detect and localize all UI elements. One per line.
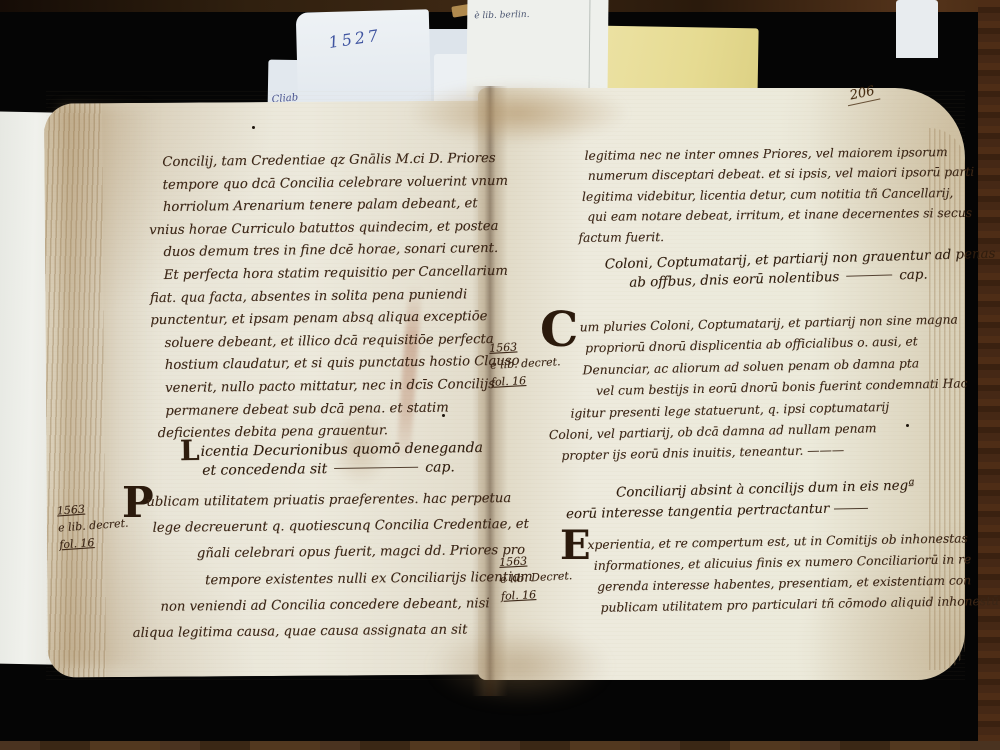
heading-rule [334, 467, 418, 469]
left-page-paragraph-2: ublicam utilitatem priuatis praeferentes… [129, 486, 511, 647]
heading-rule [846, 274, 892, 276]
note-card-line: au Hier. [474, 0, 510, 2]
manuscript-line: gñali celebrari opus fuerit, magci dd. P… [197, 538, 510, 567]
manuscript-line: lege decreuerunt q. quotiescunq Concilia… [152, 512, 509, 542]
right-page-paragraph-3: xperientia, et re compertum est, ut in C… [557, 529, 958, 620]
right-page-paragraph-2: um pluries Coloni, Coptumatarij, et part… [546, 310, 937, 468]
note-card: au Hier. è lib. berlin. [466, 0, 608, 99]
margin-citation: 1563 e lib. decret. fol. 16 [56, 498, 130, 554]
heading-text: et concedenda sit [202, 461, 327, 479]
chapter-heading-licentia: Licentia Decurionibus quomō deneganda et… [180, 440, 483, 479]
heading-initial: L [180, 434, 200, 467]
manuscript-line: qui eam notare debeat, irritum, et inane… [587, 203, 946, 227]
tab-year-label: 1527 [327, 25, 382, 52]
bookmark-tab-topright [896, 0, 938, 58]
manuscript-line: ublicam utilitatem priuatis praeferentes… [146, 486, 509, 516]
right-page-paragraph-1: legitima nec ne inter omnes Priores, vel… [577, 142, 946, 248]
ink-speck [252, 126, 255, 129]
manuscript-line: factum fuerit. [578, 224, 946, 248]
open-book: 206 Concilij, tam Credentiae qz Gnālis M… [30, 86, 965, 696]
heading-text: icentia Decurionibus quomō deneganda [200, 440, 483, 460]
manuscript-photograph: Cliabui 1527 au Hier. è lib. berlin. 206… [0, 0, 1000, 750]
manuscript-line: tempore existentes nulli ex Conciliarijs… [205, 565, 510, 594]
note-card-line: è lib. berlin. [474, 10, 529, 21]
table-edge-right [978, 0, 1000, 750]
manuscript-line: aliqua legitima causa, quae causa assign… [133, 617, 511, 647]
table-edge-bottom [0, 741, 1000, 750]
heading-line: Licentia Decurionibus quomō deneganda [180, 440, 483, 460]
left-page-paragraph-1: Concilij, tam Credentiae qz Gnālis M.ci … [148, 148, 504, 446]
manuscript-line: venerit, nullo pacto mittatur, nec in dc… [165, 374, 503, 401]
cap-label: cap. [899, 267, 928, 283]
cap-label: cap. [425, 459, 455, 475]
manuscript-line: non veniendi ad Concilia concedere debea… [160, 591, 510, 621]
heading-rule [834, 508, 868, 510]
